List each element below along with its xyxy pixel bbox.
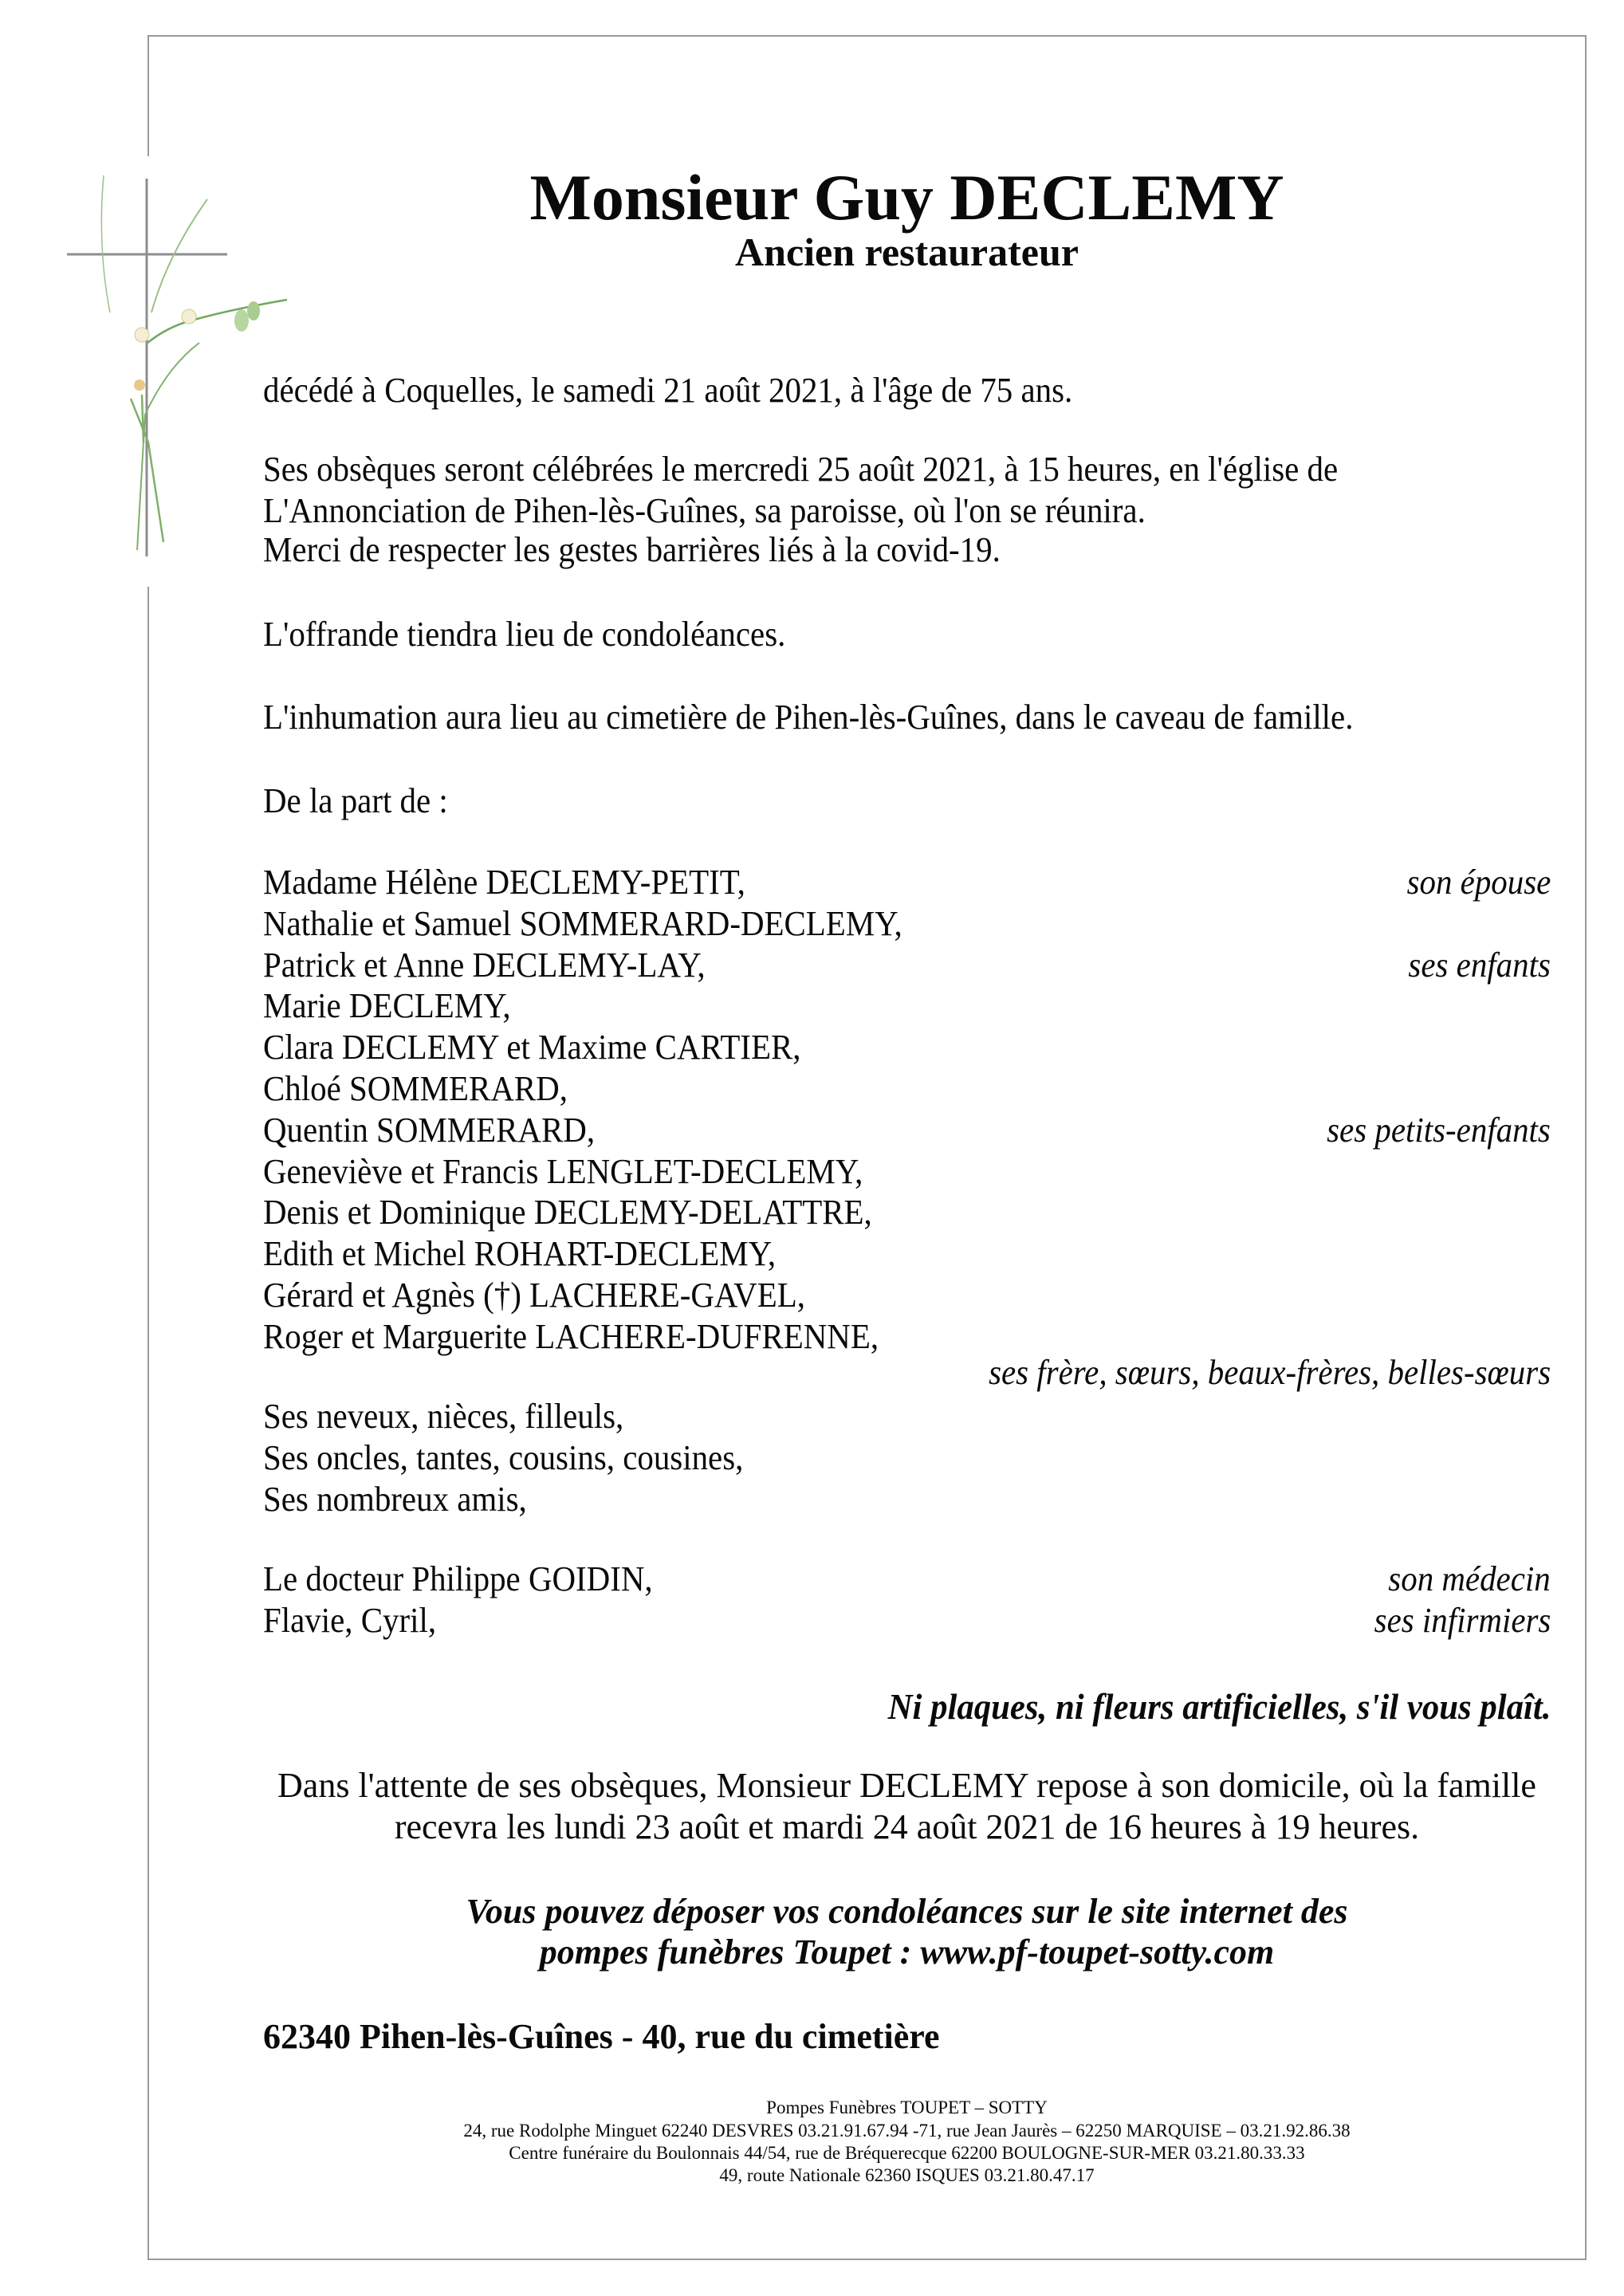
family-member-name: Madame Hélène DECLEMY-PETIT, (263, 862, 745, 903)
funeral-line: L'Annonciation de Pihen-lès-Guînes, sa p… (263, 490, 1146, 532)
family-member-name: Chloé SOMMERARD, (263, 1068, 568, 1110)
family-member-name: Edith et Michel ROHART-DECLEMY, (263, 1233, 776, 1275)
others-line: Ses neveux, nièces, filleuls, (263, 1396, 623, 1437)
visitation-line: Dans l'attente de ses obsèques, Monsieur… (263, 1765, 1551, 1807)
care-role: son médecin (1389, 1559, 1551, 1600)
care-role: ses infirmiers (1374, 1600, 1551, 1641)
family-member-name: Clara DECLEMY et Maxime CARTIER, (263, 1027, 801, 1068)
from-label: De la part de : (263, 780, 448, 822)
funeral-home-name: Pompes Funèbres TOUPET – SOTTY (263, 2097, 1551, 2119)
family-member-role: son épouse (1406, 862, 1551, 903)
funeral-home-address: 24, rue Rodolphe Minguet 62240 DESVRES 0… (263, 2120, 1551, 2142)
family-member-name: Quentin SOMMERARD, (263, 1110, 595, 1151)
siblings-role: ses frère, sœurs, beaux-frères, belles-s… (989, 1352, 1551, 1394)
funeral-line: Merci de respecter les gestes barrières … (263, 529, 1001, 571)
others-line: Ses nombreux amis, (263, 1479, 527, 1520)
funeral-home-address: Centre funéraire du Boulonnais 44/54, ru… (263, 2142, 1551, 2164)
deceased-name: Monsieur Guy DECLEMY (263, 159, 1551, 236)
family-member-name: Geneviève et Francis LENGLET-DECLEMY, (263, 1151, 863, 1193)
offering-note: L'offrande tiendra lieu de condoléances. (263, 614, 785, 655)
family-member-name: Roger et Marguerite LACHERE-DUFRENNE, (263, 1316, 879, 1358)
family-member-name: Patrick et Anne DECLEMY-LAY, (263, 945, 706, 986)
care-name: Flavie, Cyril, (263, 1600, 436, 1641)
visitation-line: recevra les lundi 23 août et mardi 24 ao… (263, 1807, 1551, 1848)
death-announcement: décédé à Coquelles, le samedi 21 août 20… (263, 370, 1072, 411)
family-member-role: ses enfants (1409, 945, 1551, 986)
family-member-name: Nathalie et Samuel SOMMERARD-DECLEMY, (263, 903, 902, 945)
funeral-line: Ses obsèques seront célébrées le mercred… (263, 449, 1338, 490)
family-member-name: Denis et Dominique DECLEMY-DELATTRE, (263, 1192, 872, 1233)
family-member-name: Marie DECLEMY, (263, 985, 511, 1027)
care-name: Le docteur Philippe GOIDIN, (263, 1559, 653, 1600)
burial-note: L'inhumation aura lieu au cimetière de P… (263, 697, 1353, 738)
others-line: Ses oncles, tantes, cousins, cousines, (263, 1437, 743, 1479)
condolences-line: Vous pouvez déposer vos condoléances sur… (263, 1891, 1551, 1932)
family-member-role: ses petits-enfants (1327, 1110, 1551, 1151)
family-member-name: Gérard et Agnès (†) LACHERE-GAVEL, (263, 1275, 805, 1316)
funeral-home-address: 49, route Nationale 62360 ISQUES 03.21.8… (263, 2164, 1551, 2187)
deceased-occupation: Ancien restaurateur (263, 228, 1551, 276)
flowers-notice: Ni plaques, ni fleurs artificielles, s'i… (887, 1685, 1551, 1728)
condolences-website[interactable]: pompes funèbres Toupet : www.pf-toupet-s… (263, 1932, 1551, 1973)
home-address: 62340 Pihen-lès-Guînes - 40, rue du cime… (263, 2016, 940, 2058)
